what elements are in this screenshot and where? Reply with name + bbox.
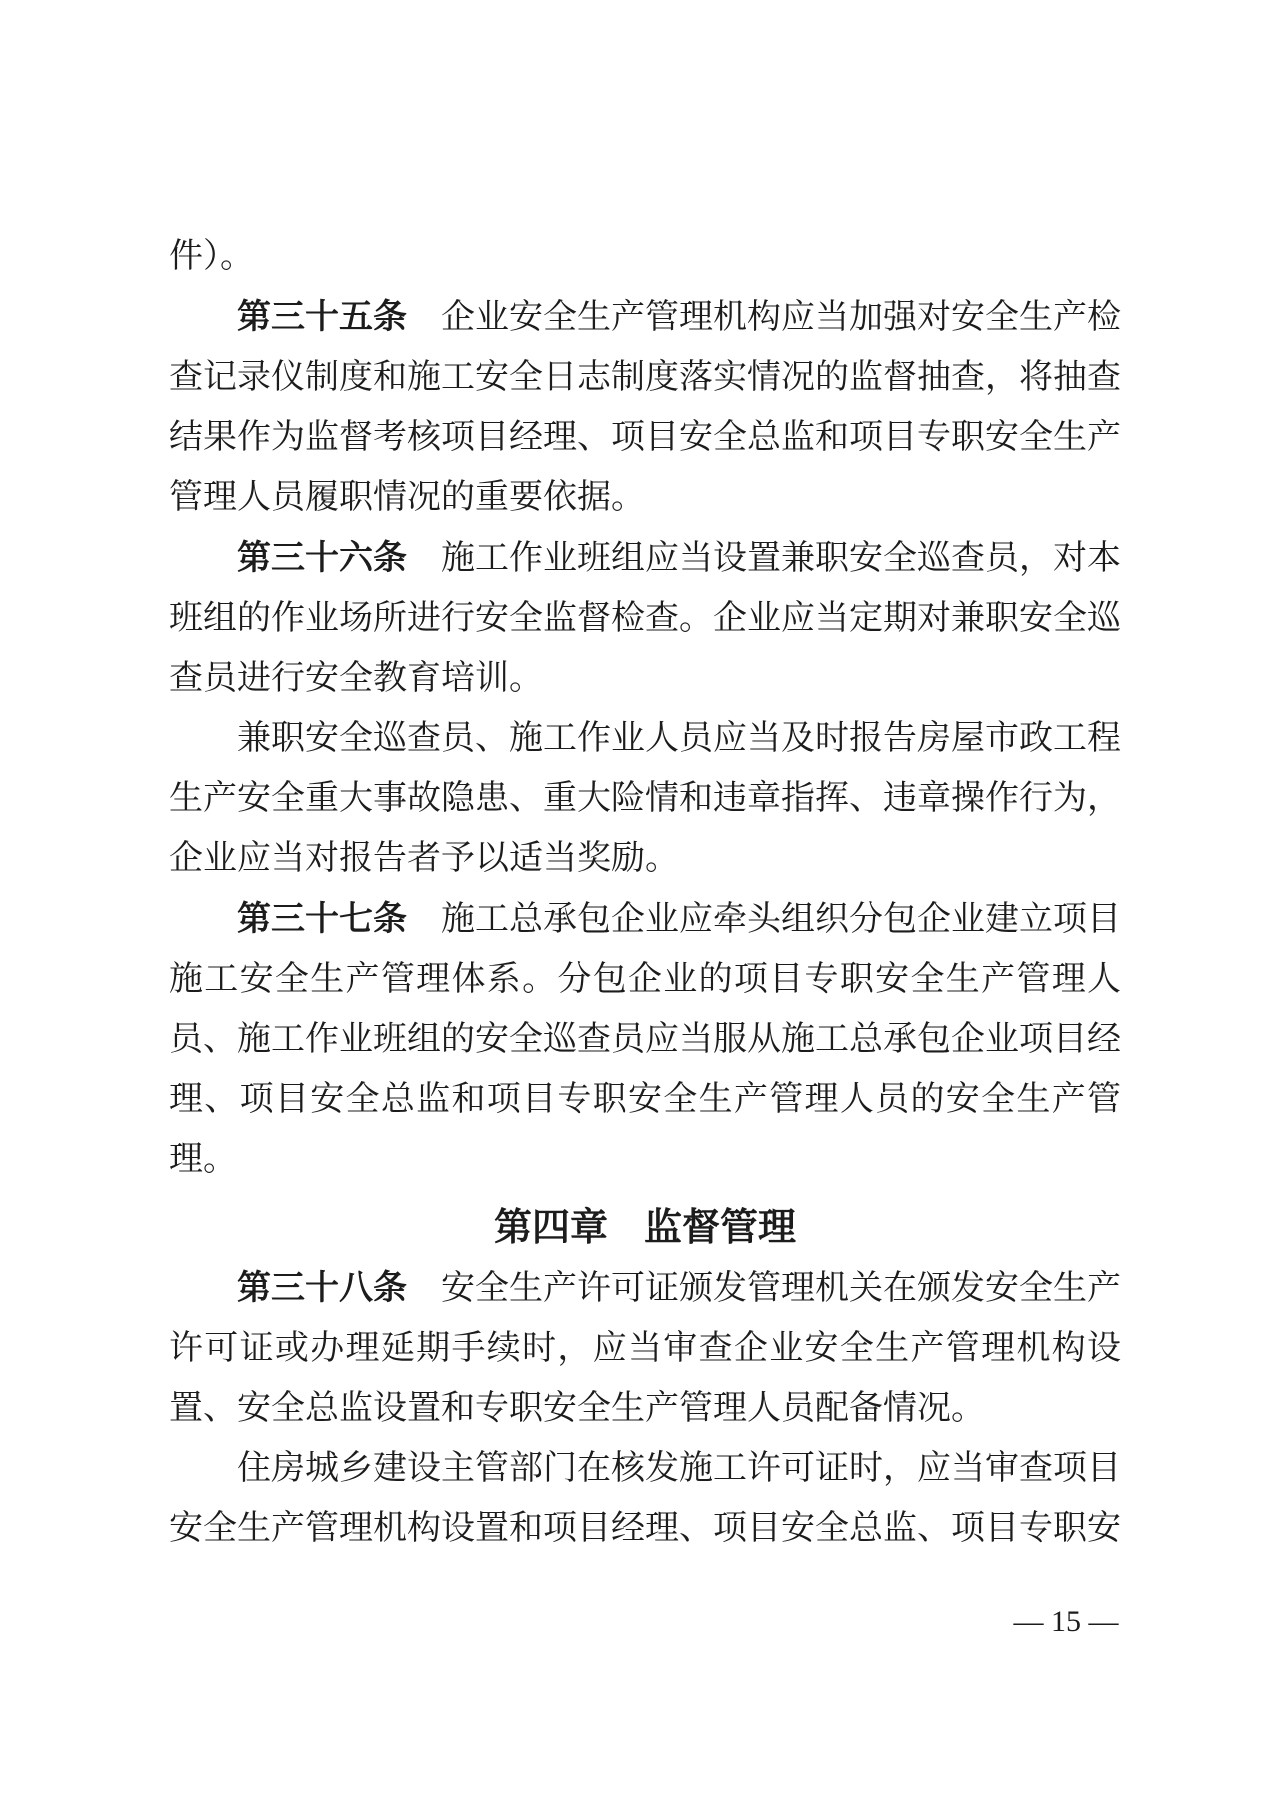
articles-after-chapter: 第三十八条安全生产许可证颁发管理机关在颁发安全生产许可证或办理延期手续时，应当审… <box>169 1258 1121 1559</box>
article-text: 施工总承包企业应牵头组织分包企业建立项目施工安全生产管理体系。分包企业的项目专职… <box>169 901 1121 1178</box>
article-paragraph: 第三十八条安全生产许可证颁发管理机关在颁发安全生产许可证或办理延期手续时，应当审… <box>169 1258 1121 1439</box>
article-text: 住房城乡建设主管部门在核发施工许可证时，应当审查项目安全生产管理机构设置和项目经… <box>169 1450 1121 1547</box>
article-paragraph: 第三十六条施工作业班组应当设置兼职安全巡查员，对本班组的作业场所进行安全监督检查… <box>169 528 1121 709</box>
chapter-title: 监督管理 <box>644 1207 796 1249</box>
document-page: 件）。 第三十五条企业安全生产管理机构应当加强对安全生产检查记录仪制度和施工安全… <box>0 0 1280 1810</box>
chapter-number: 第四章 <box>494 1207 608 1249</box>
article-paragraph: 第三十五条企业安全生产管理机构应当加强对安全生产检查记录仪制度和施工安全日志制度… <box>169 287 1121 528</box>
article-paragraph: 第三十七条施工总承包企业应牵头组织分包企业建立项目施工安全生产管理体系。分包企业… <box>169 889 1121 1190</box>
article-paragraph: 住房城乡建设主管部门在核发施工许可证时，应当审查项目安全生产管理机构设置和项目经… <box>169 1439 1121 1559</box>
chapter-heading: 第四章监督管理 <box>169 1198 1121 1258</box>
article-number: 第三十六条 <box>237 539 407 577</box>
article-paragraph: 兼职安全巡查员、施工作业人员应当及时报告房屋市政工程生产安全重大事故隐患、重大险… <box>169 709 1121 889</box>
continuation-line: 件）。 <box>169 227 1121 287</box>
article-text: 兼职安全巡查员、施工作业人员应当及时报告房屋市政工程生产安全重大事故隐患、重大险… <box>169 720 1121 877</box>
article-number: 第三十八条 <box>237 1269 407 1307</box>
page-number: — 15 — <box>998 1594 1134 1650</box>
article-number: 第三十五条 <box>237 298 407 336</box>
article-number: 第三十七条 <box>237 900 407 938</box>
document-body: 件）。 第三十五条企业安全生产管理机构应当加强对安全生产检查记录仪制度和施工安全… <box>169 227 1121 1559</box>
articles-before-chapter: 第三十五条企业安全生产管理机构应当加强对安全生产检查记录仪制度和施工安全日志制度… <box>169 287 1121 1190</box>
